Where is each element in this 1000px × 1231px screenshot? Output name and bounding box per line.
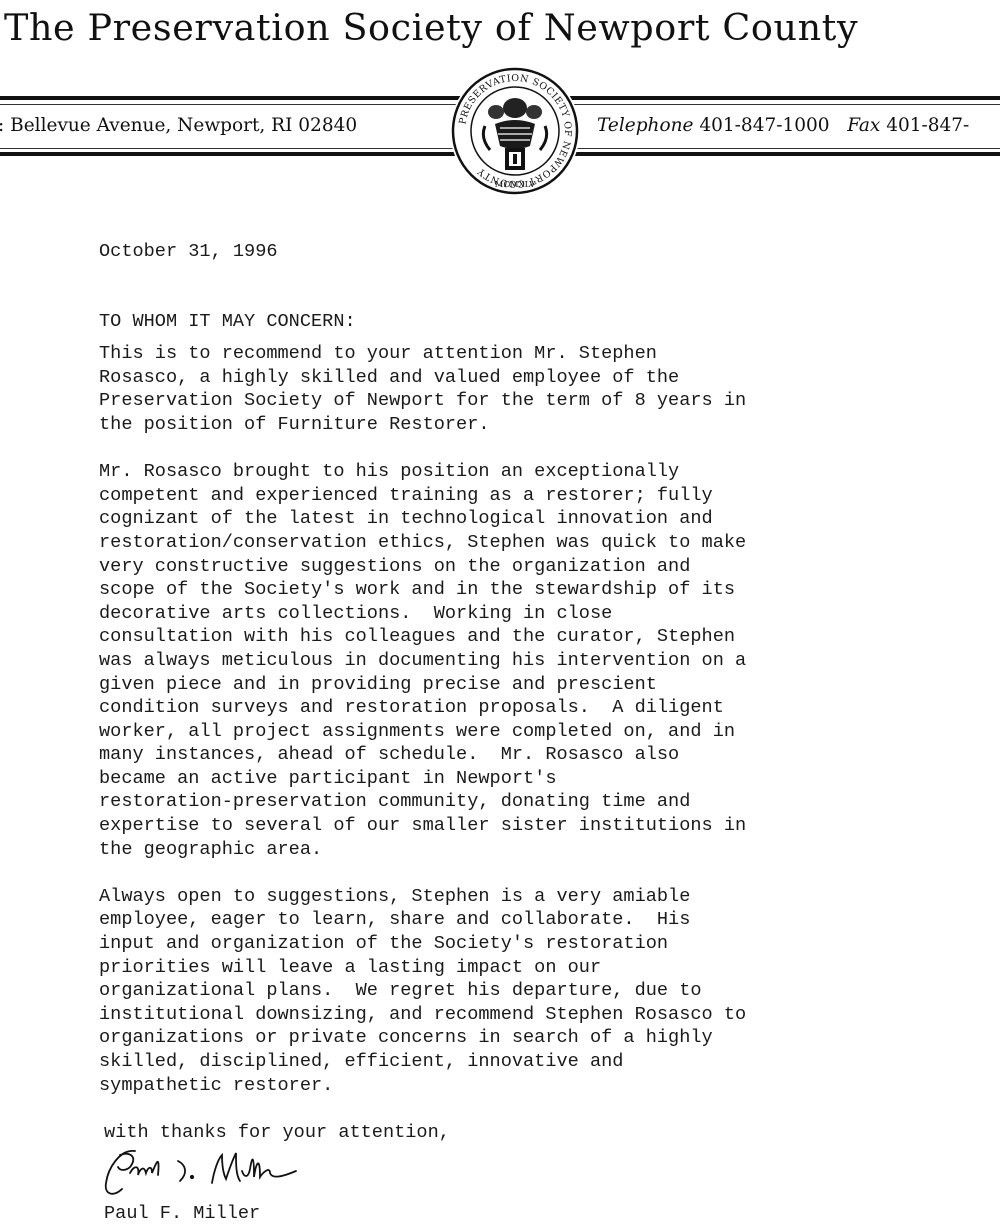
text-line: expertise to several of our smaller sist…: [99, 814, 746, 838]
text-line: condition surveys and restoration propos…: [99, 696, 746, 720]
text-line: restoration-preservation community, dona…: [99, 790, 746, 814]
text-line: This is to recommend to your attention M…: [99, 342, 746, 366]
society-seal-icon: PRESERVATION SOCIETY OF NEWPORT COUNTY M…: [450, 66, 580, 196]
text-line: organizational plans. We regret his depa…: [99, 979, 746, 1003]
text-line: the position of Furniture Restorer.: [99, 413, 746, 437]
contact-info: Telephone 401-847-1000 Fax 401-847-: [597, 115, 969, 136]
svg-text:MCMXLV: MCMXLV: [495, 180, 537, 190]
telephone-number: 401-847-1000: [699, 115, 829, 136]
text-line: cognizant of the latest in technological…: [99, 507, 746, 531]
text-line: the geographic area.: [99, 838, 746, 862]
text-line: employee, eager to learn, share and coll…: [99, 908, 746, 932]
text-line: organizations or private concerns in sea…: [99, 1026, 746, 1050]
paragraph: Always open to suggestions, Stephen is a…: [99, 885, 746, 1097]
text-line: was always meticulous in documenting his…: [99, 649, 746, 673]
text-line: priorities will leave a lasting impact o…: [99, 956, 746, 980]
paragraph: This is to recommend to your attention M…: [99, 342, 746, 436]
text-line: skilled, disciplined, efficient, innovat…: [99, 1050, 746, 1074]
telephone-label: Telephone: [597, 115, 693, 136]
text-line: scope of the Society's work and in the s…: [99, 578, 746, 602]
organization-address: : Bellevue Avenue, Newport, RI 02840: [0, 115, 357, 136]
signer-name: Paul F. Miller: [104, 1203, 260, 1224]
text-line: Always open to suggestions, Stephen is a…: [99, 885, 746, 909]
text-line: input and organization of the Society's …: [99, 932, 746, 956]
salutation: TO WHOM IT MAY CONCERN:: [99, 310, 746, 334]
handwritten-signature-icon: [100, 1143, 400, 1203]
text-line: institutional downsizing, and recommend …: [99, 1003, 746, 1027]
text-line: became an active participant in Newport'…: [99, 767, 746, 791]
text-line: given piece and in providing precise and…: [99, 673, 746, 697]
text-line: restoration/conservation ethics, Stephen…: [99, 531, 746, 555]
text-line: consultation with his colleagues and the…: [99, 625, 746, 649]
letter-body: October 31, 1996 TO WHOM IT MAY CONCERN:…: [99, 240, 746, 1144]
text-line: worker, all project assignments were com…: [99, 720, 746, 744]
closing: with thanks for your attention,: [99, 1121, 746, 1145]
letter-date: October 31, 1996: [99, 240, 746, 264]
fax-label: Fax: [847, 115, 880, 136]
text-line: Rosasco, a highly skilled and valued emp…: [99, 366, 746, 390]
paragraph: Mr. Rosasco brought to his position an e…: [99, 460, 746, 861]
organization-name: The Preservation Society of Newport Coun…: [4, 6, 858, 49]
fax-number: 401-847-: [886, 115, 969, 136]
text-line: competent and experienced training as a …: [99, 484, 746, 508]
text-line: Mr. Rosasco brought to his position an e…: [99, 460, 746, 484]
text-line: very constructive suggestions on the org…: [99, 555, 746, 579]
text-line: sympathetic restorer.: [99, 1074, 746, 1098]
text-line: decorative arts collections. Working in …: [99, 602, 746, 626]
text-line: many instances, ahead of schedule. Mr. R…: [99, 743, 746, 767]
text-line: Preservation Society of Newport for the …: [99, 389, 746, 413]
